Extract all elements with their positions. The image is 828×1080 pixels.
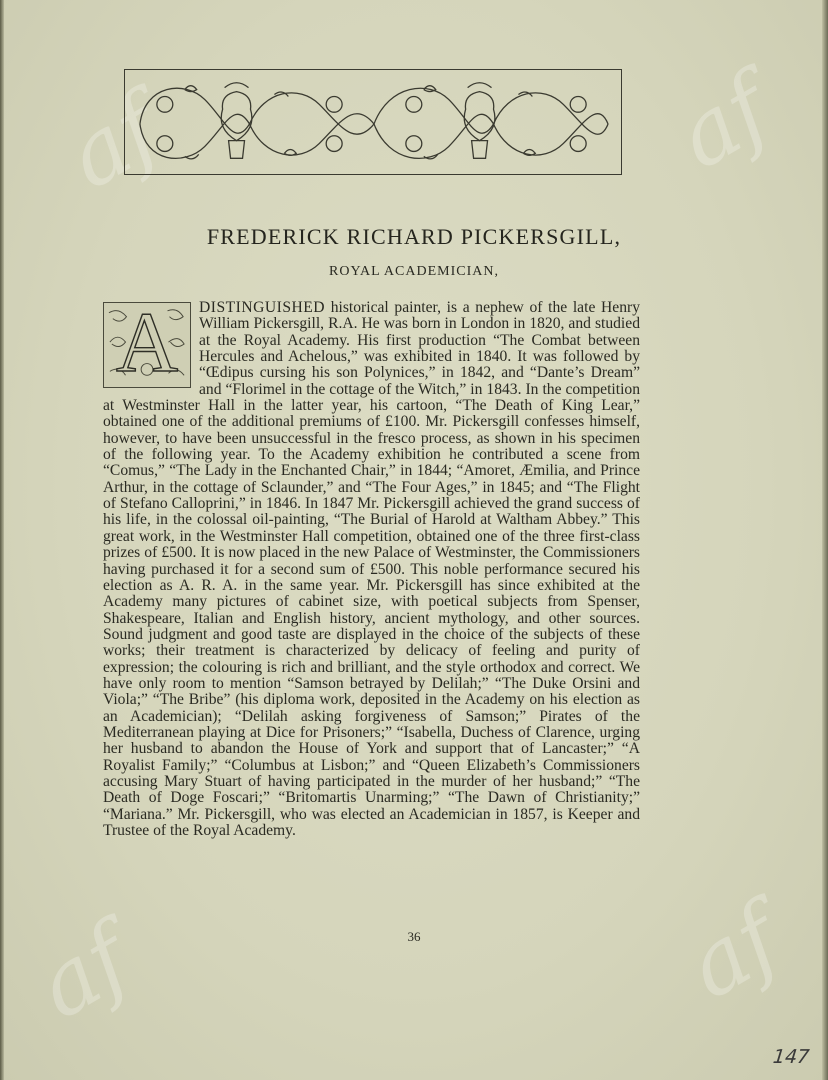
page-right-edge (822, 0, 828, 1080)
watermark: af (20, 905, 148, 1039)
drop-cap-letter: A (104, 299, 190, 385)
page-title: FREDERICK RICHARD PICKERSGILL, (0, 224, 828, 250)
ornamental-drop-cap: A (103, 302, 191, 388)
watermark: af (670, 885, 798, 1019)
scroll-ornament-icon (125, 70, 621, 174)
first-word: DISTINGUISHED (199, 299, 325, 316)
ornamental-headpiece (124, 69, 622, 175)
watermark: af (660, 55, 788, 189)
page-subtitle: ROYAL ACADEMICIAN, (0, 264, 828, 280)
book-page: af af af af (0, 0, 828, 1080)
article-body: A DISTINGUISHED historical painter, is a… (103, 300, 640, 839)
page-number: 36 (0, 929, 828, 945)
page-left-edge (0, 0, 4, 1080)
handwritten-archive-number: 147 (772, 1046, 811, 1068)
